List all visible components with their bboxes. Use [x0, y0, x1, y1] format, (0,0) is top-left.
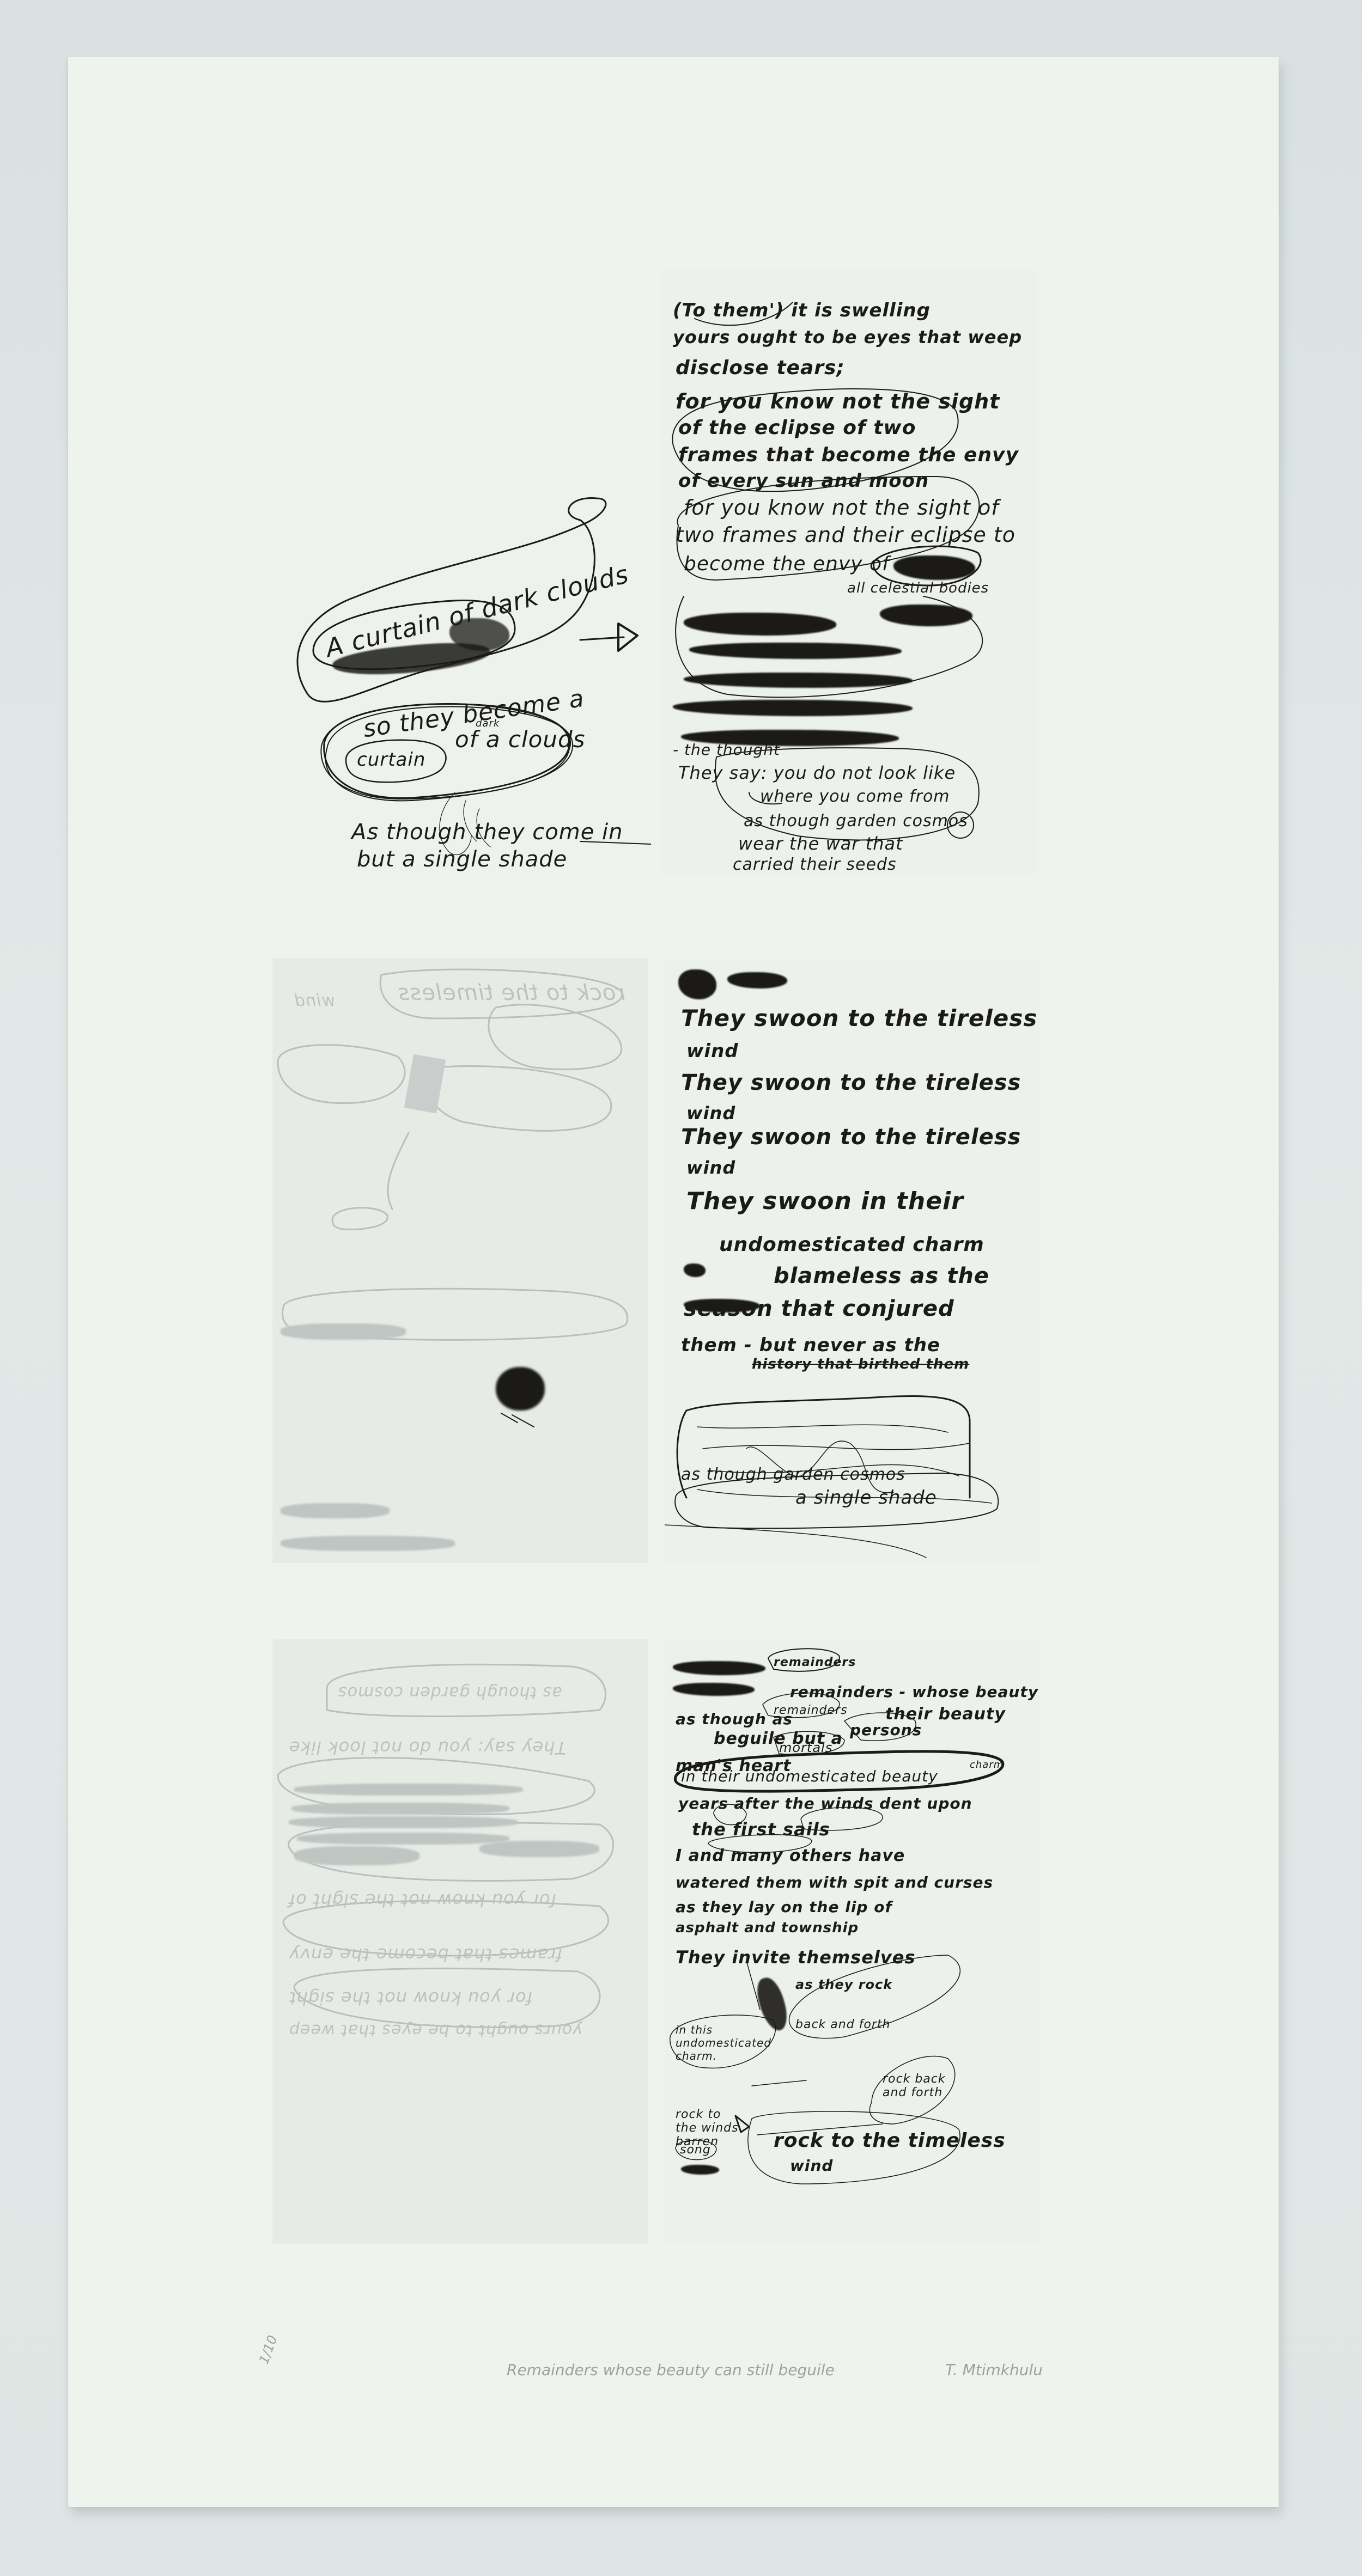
ghost-strikeout [294, 1784, 523, 1796]
ghost-strikeout [479, 1841, 599, 1857]
scribble-strikeout [684, 1263, 706, 1277]
panel-row2-right: They swoon to the tireless wind They swo… [665, 959, 1041, 1563]
handwritten-line: As though they come in [351, 820, 623, 845]
handwritten-line: song [680, 2143, 711, 2157]
handwritten-line: rock to the winds barren [676, 2108, 741, 2148]
handwritten-line: undomesticated charm [719, 1234, 984, 1256]
handwritten-line: remainders [774, 1656, 856, 1669]
handwritten-line: curtain [357, 749, 425, 771]
handwritten-line: They swoon to the tireless [681, 1005, 1037, 1031]
handwritten-line: in their undomesticated beauty [681, 1767, 938, 1785]
ghost-handwritten-line: frames that become the envy [289, 1944, 563, 1965]
handwritten-line: blameless as the [774, 1263, 989, 1289]
handwritten-line: frames that become the envy [678, 444, 1019, 466]
panel-row2-left-ghost: rock to the timeless wind [272, 959, 648, 1563]
handwritten-line: a single shade [795, 1487, 937, 1509]
ghost-strikeout [291, 1803, 509, 1815]
ghost-handwritten-line: yours ought to be eyes that weep [289, 2020, 582, 2040]
handwritten-line: all celestial bodies [847, 580, 989, 596]
handwritten-line: history that birthed them [752, 1356, 969, 1372]
handwritten-line: charm [970, 1759, 1004, 1771]
handwritten-line: I and many others have [676, 1846, 905, 1865]
handwritten-line: wind [686, 1103, 735, 1124]
handwritten-line: for you know not the sight of [684, 496, 999, 520]
handwritten-line: where you come from [760, 787, 950, 806]
handwritten-line: as though garden cosmos [744, 811, 968, 831]
handwritten-line: They say: you do not look like [678, 762, 956, 783]
handwritten-line: season that conjured [684, 1296, 954, 1321]
handwritten-line: two frames and their eclipse to [676, 523, 1016, 547]
ghost-handwritten-line: They say: you do not look like [289, 1737, 566, 1758]
handwritten-line: remainders - whose beauty [790, 1683, 1038, 1701]
handwritten-line: become the envy of [684, 553, 890, 575]
handwritten-line: rock back and forth [883, 2072, 953, 2099]
handwritten-line: wind [686, 1040, 739, 1062]
handwritten-line: in this undomesticated charm. [676, 2023, 757, 2062]
handwritten-line: wind [790, 2157, 833, 2175]
dark-mark-tail [272, 959, 648, 1563]
handwritten-line: of a clouds [455, 726, 586, 753]
handwritten-line: yours ought to be eyes that weep [673, 327, 1022, 347]
artist-signature: T. Mtimkhulu [945, 2361, 1043, 2379]
handwritten-line: wear the war that [738, 833, 903, 854]
handwritten-line: but a single shade [357, 847, 567, 872]
ghost-strikeout [297, 1833, 509, 1845]
handwritten-line: as they lay on the lip of [676, 1898, 892, 1916]
handwritten-line: - the thought [673, 741, 780, 759]
handwritten-line: them - but never as the [681, 1334, 940, 1356]
handwritten-line: for you know not the sight [676, 389, 1000, 413]
ghost-strikeout [289, 1816, 518, 1828]
handwritten-line: asphalt and township [676, 1920, 859, 1936]
ghost-strikeout [294, 1846, 419, 1865]
handwritten-line: the first sails [692, 1819, 830, 1840]
handwritten-line: as they rock [795, 1977, 892, 1992]
handwritten-line: They swoon to the tireless [681, 1125, 1021, 1150]
panel-row3-right: remainders remainders - whose beauty the… [665, 1639, 1041, 2244]
handwritten-line: back and forth [795, 2018, 890, 2031]
handwritten-line: of every sun and moon [678, 470, 929, 492]
handwritten-line: carried their seeds [733, 855, 897, 874]
print-paper-sheet: A curtain of dark clouds so they become … [68, 57, 1279, 2507]
handwritten-line: disclose tears; [676, 357, 845, 379]
edition-number: 1/10 [256, 2333, 281, 2366]
handwritten-line: wind [686, 1157, 735, 1178]
ghost-handwritten-line: for you know not the sight [289, 1988, 533, 2009]
panel-row1-right: (To them') it is swelling yours ought to… [662, 270, 1038, 874]
handwritten-line: years after the winds dent upon [678, 1794, 972, 1812]
handwritten-line: as though garden cosmos [681, 1465, 905, 1484]
ghost-rotated-lines [272, 1639, 648, 2244]
handwritten-line: rock to the timeless [774, 2129, 1006, 2152]
ghost-handwritten-line: for you know not the sight of [289, 1890, 557, 1910]
handwritten-line: They invite themselves [676, 1947, 915, 1968]
panel-row3-left-ghost: They say: you do not look like as though… [272, 1639, 648, 2244]
artwork-title: Remainders whose beauty can still beguil… [507, 2361, 835, 2379]
handwritten-line: They swoon to the tireless [681, 1070, 1021, 1095]
handwritten-line: (To them') it is swelling [673, 300, 931, 321]
handwritten-line: mortals [779, 1740, 832, 1755]
handwritten-line: remainders [774, 1704, 848, 1717]
handwritten-line: watered them with spit and curses [676, 1873, 993, 1891]
handwritten-line: persons [850, 1721, 922, 1739]
panel-row1-left: A curtain of dark clouds so they become … [275, 270, 651, 874]
ghost-handwritten-line: as though garden cosmos [338, 1683, 562, 1702]
handwritten-line: of the eclipse of two [678, 417, 916, 439]
handwritten-line: They swoon in their [686, 1187, 964, 1215]
